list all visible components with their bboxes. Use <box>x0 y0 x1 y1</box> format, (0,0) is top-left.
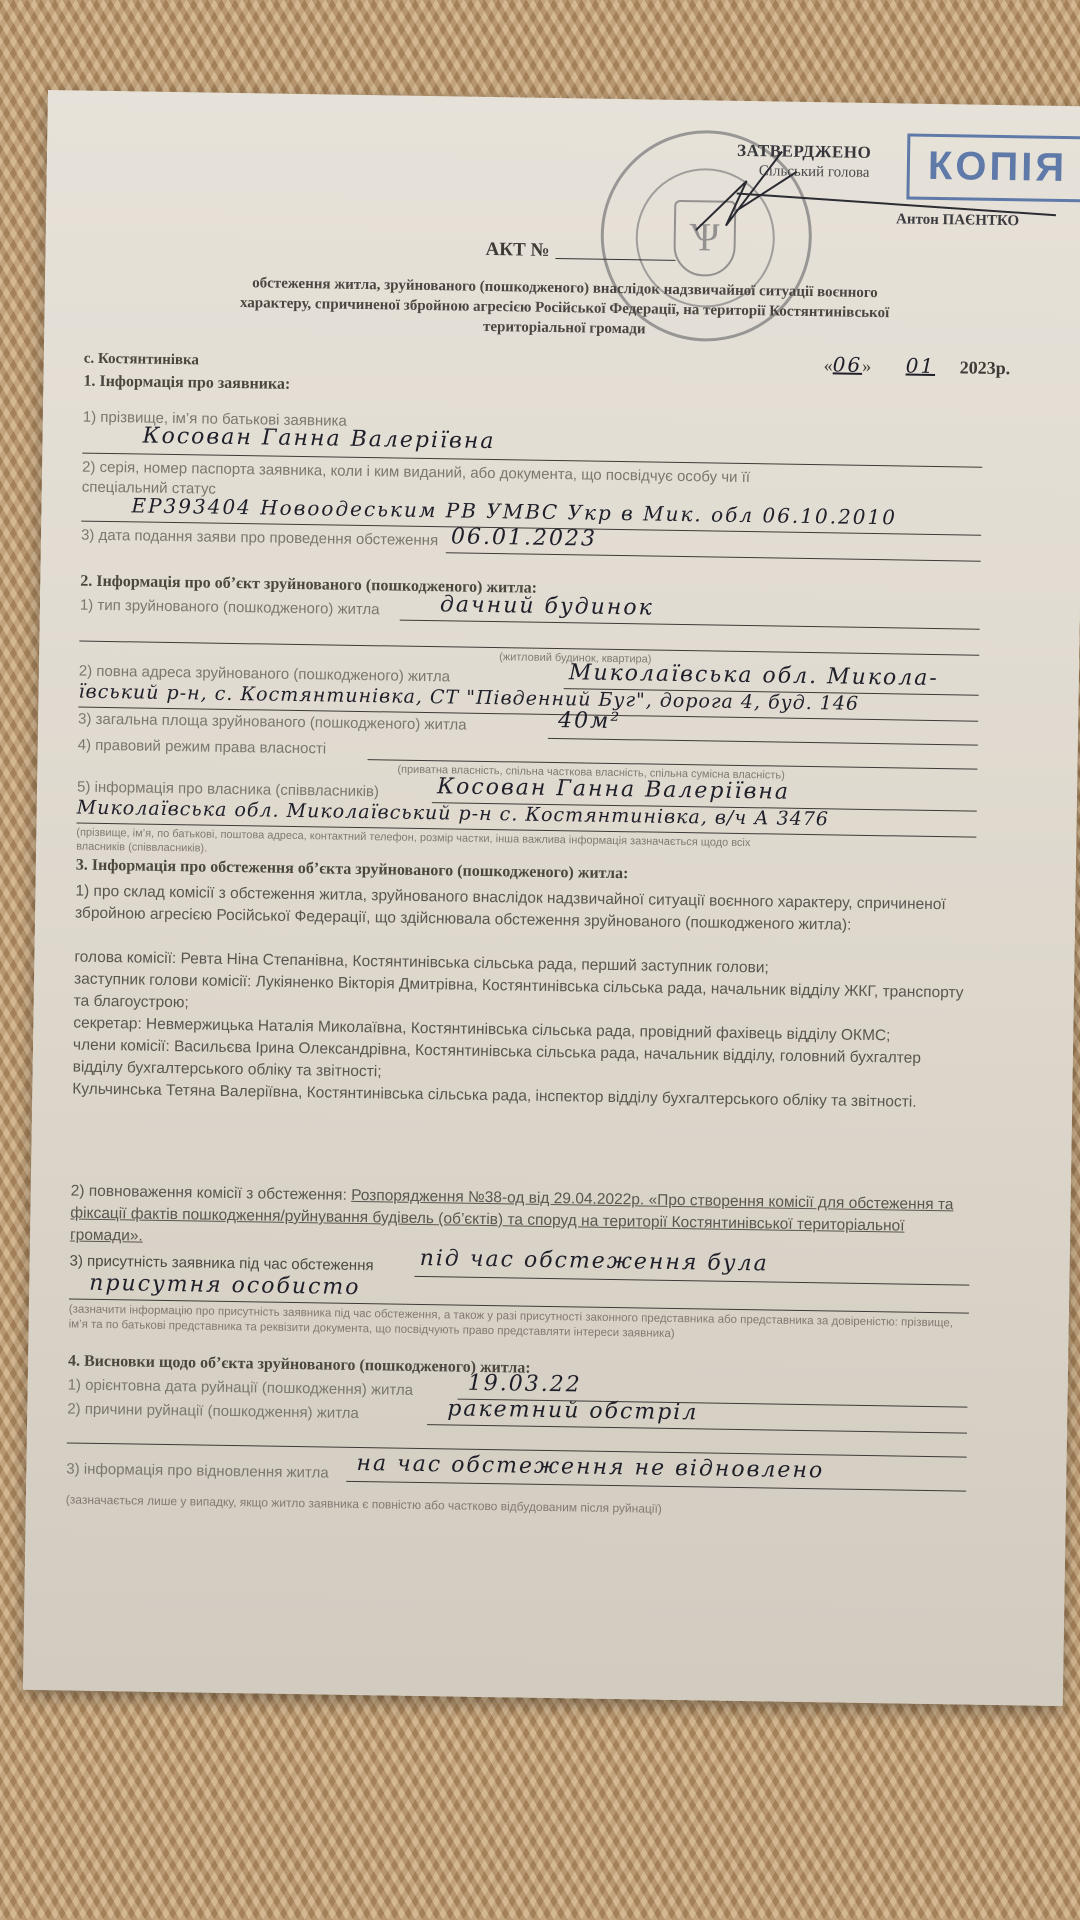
copy-stamp: КОПІЯ <box>906 134 1080 203</box>
signer-name: Антон ПАЄНТКО <box>896 211 1019 230</box>
address-value-1[interactable]: Миколаївська обл. Микола- <box>569 660 939 691</box>
area-value[interactable]: 40м² <box>558 708 621 734</box>
presence-value-2[interactable]: присутня особисто <box>89 1271 361 1300</box>
ownership-label: 4) правовий режим права власності <box>78 737 327 758</box>
authority-label: 2) повноваження комісії з обстеження: <box>71 1182 347 1203</box>
document-sheet: Ѱ ЗАТВЕРДЖЕНО Сільський голова Антон ПАЄ… <box>23 90 1080 1706</box>
underline <box>414 1276 969 1286</box>
date-day: 06 <box>833 352 863 376</box>
act-title: АКТ № <box>485 239 549 262</box>
dwelling-type-label: 1) тип зруйнованого (пошкодженого) житла <box>80 597 380 619</box>
date-year: 2023р. <box>960 357 1011 378</box>
dwelling-type-value[interactable]: дачний будинок <box>440 592 654 620</box>
area-label: 3) загальна площа зруйнованого (пошкодже… <box>78 711 467 734</box>
presence-hint: (зазначити інформацію про присутність за… <box>68 1302 968 1346</box>
signature-icon <box>686 140 808 242</box>
underline <box>446 552 981 561</box>
damage-cause-label: 2) причини руйнації (пошкодження) житла <box>67 1400 359 1422</box>
owner-value-1[interactable]: Косован Ганна Валеріївна <box>437 774 790 805</box>
request-date-value[interactable]: 06.01.2023 <box>451 524 597 551</box>
date-month: 01 <box>906 354 936 378</box>
damage-date-value[interactable]: 19.03.22 <box>468 1371 582 1398</box>
applicant-name-value[interactable]: Косован Ганна Валеріївна <box>142 424 495 455</box>
presence-value-1[interactable]: під час обстеження була <box>419 1246 768 1276</box>
commission-intro: 1) про склад комісії з обстеження житла,… <box>75 881 976 939</box>
underline <box>400 620 980 630</box>
owner-hint-2: власників (співвласників). <box>76 841 207 855</box>
place-label: с. Костянтинівка <box>84 351 199 370</box>
act-subtitle: обстеження житла, зруйнованого (пошкодже… <box>114 271 1015 345</box>
request-date-label: 3) дата подання заяви про проведення обс… <box>81 527 438 550</box>
underline <box>427 1424 967 1433</box>
section-3-title: 3. Інформація про обстеження об’єкта зру… <box>76 857 629 884</box>
section-4-title: 4. Висновки щодо об’єкта зруйнованого (п… <box>68 1352 531 1377</box>
restoration-value[interactable]: на час обстеження не відновлено <box>356 1451 824 1483</box>
damage-date-label: 1) орієнтовна дата руйнації (пошкодження… <box>68 1376 414 1398</box>
section-1-title: 1. Інформація про заявника: <box>83 373 290 394</box>
damage-cause-value[interactable]: ракетний обстріл <box>447 1396 698 1425</box>
restoration-hint: (зазначається лише у випадку, якщо житло… <box>66 1492 662 1515</box>
act-date: «06» 01 2023р. <box>824 352 1011 379</box>
underline <box>346 1481 966 1492</box>
restoration-label: 3) інформація про відновлення житла <box>66 1460 329 1481</box>
commission-members: голова комісії: Ревта Ніна Степанівна, К… <box>72 947 974 1115</box>
underline <box>548 738 978 746</box>
